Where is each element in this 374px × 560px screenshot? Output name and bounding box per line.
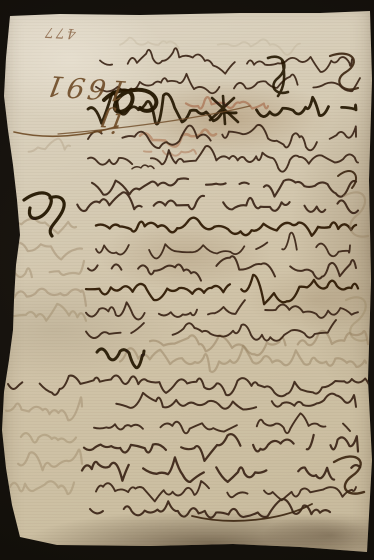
- manuscript-page: 477 ij 1691: [0, 0, 374, 560]
- handwriting-svg: [0, 0, 374, 560]
- photo-backdrop: 477 ij 1691: [0, 0, 374, 560]
